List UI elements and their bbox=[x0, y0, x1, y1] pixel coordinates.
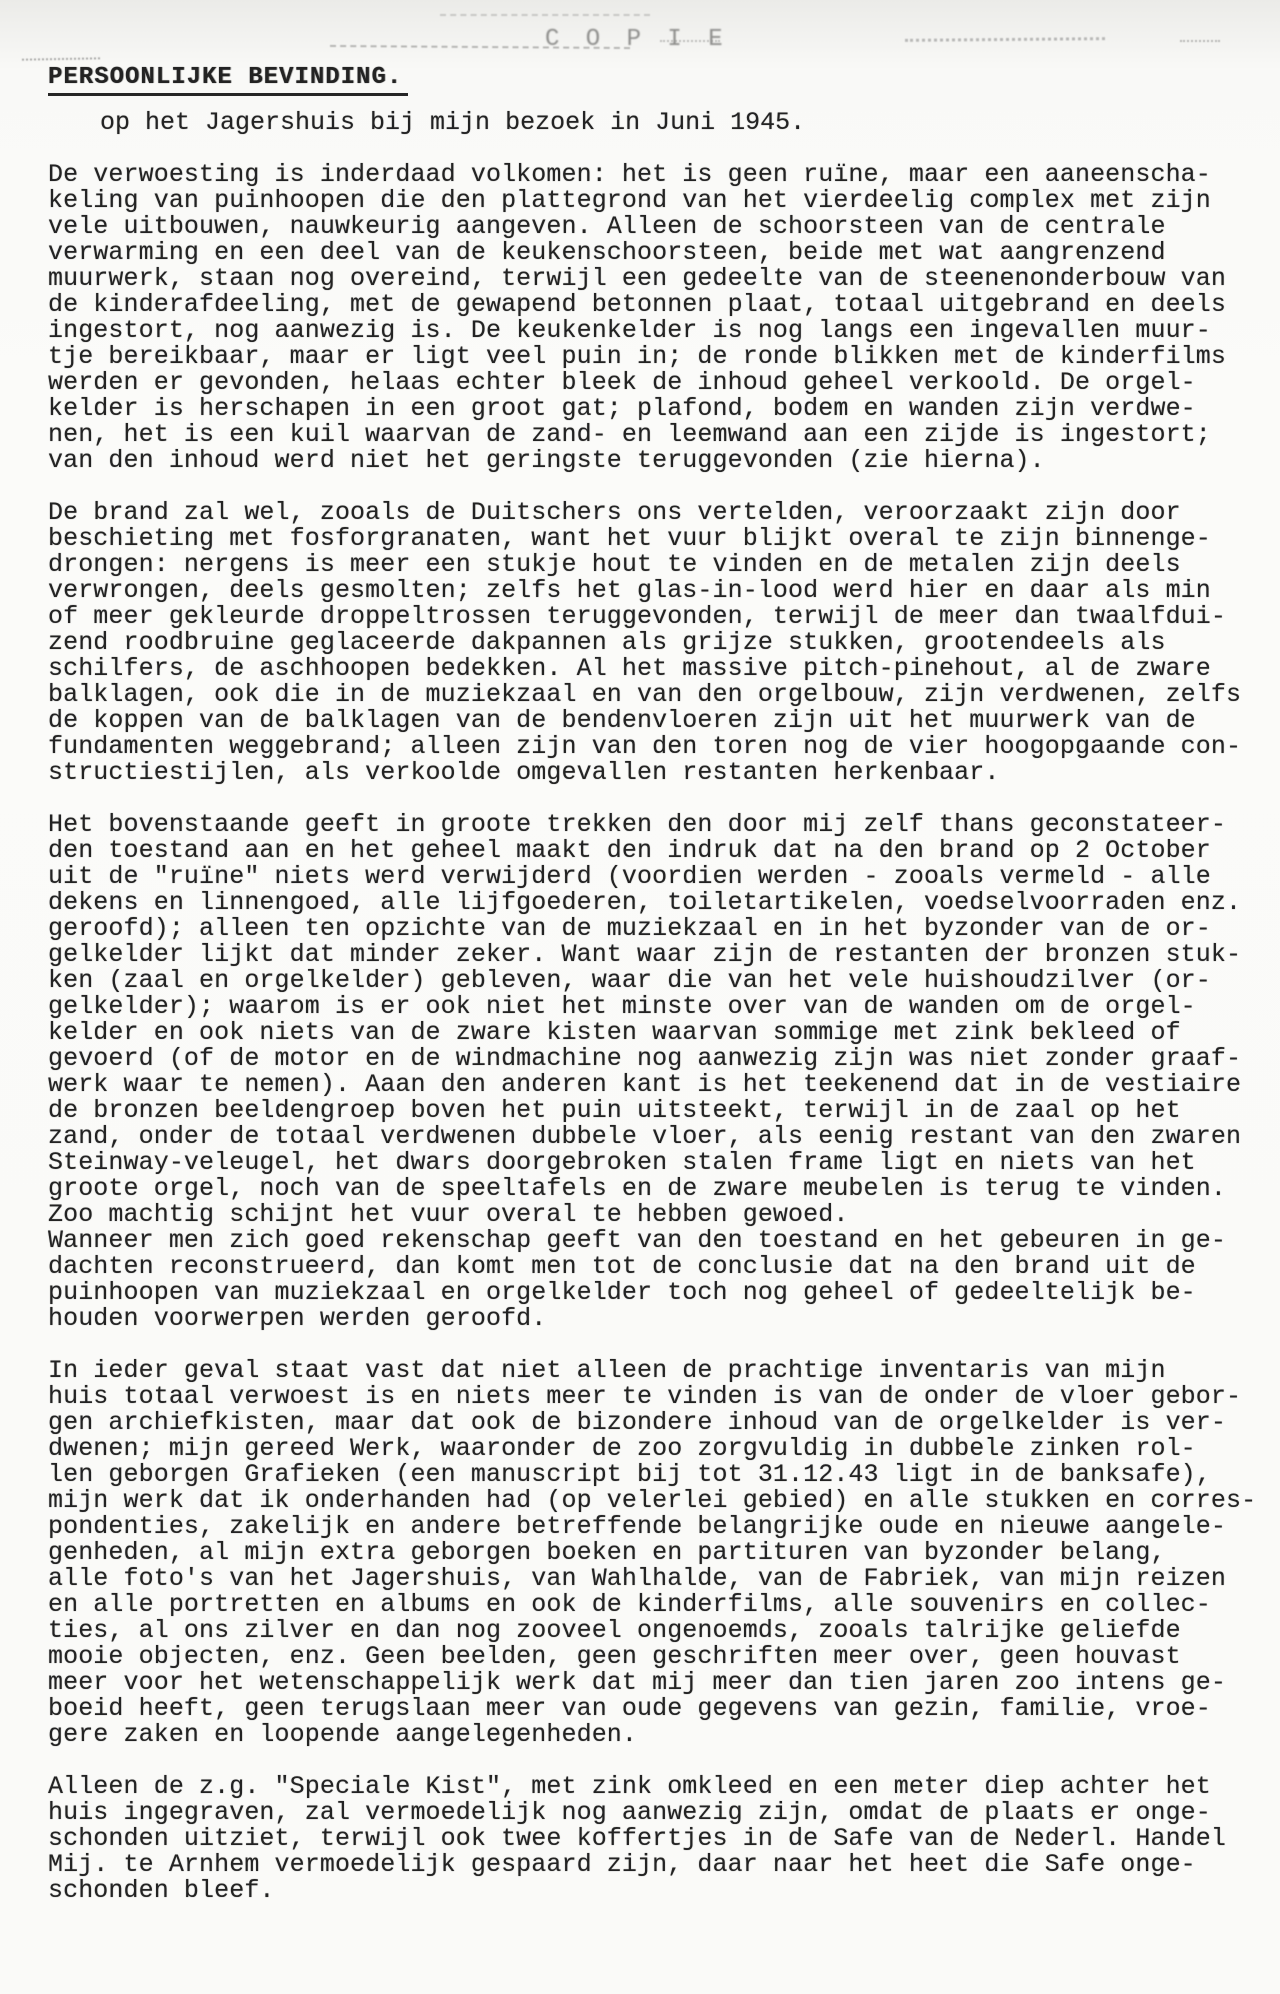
paragraph: Alleen de z.g. "Speciale Kist", met zink… bbox=[48, 1774, 1263, 1904]
copy-stamp: C O P I E bbox=[545, 26, 729, 53]
paragraph: De verwoesting is inderdaad volkomen: he… bbox=[48, 162, 1263, 474]
paragraph: In ieder geval staat vast dat niet allee… bbox=[48, 1358, 1263, 1748]
document-title: PERSOONLIJKE BEVINDING. bbox=[48, 64, 408, 96]
document-subtitle: op het Jagershuis bij mijn bezoek in Jun… bbox=[100, 110, 1263, 136]
paragraph: Het bovenstaande geeft in groote trekken… bbox=[48, 812, 1263, 1332]
scan-noise-mark bbox=[1180, 40, 1220, 42]
document-body: PERSOONLIJKE BEVINDING. op het Jagershui… bbox=[48, 64, 1263, 1904]
scan-noise-mark bbox=[905, 37, 1105, 42]
scan-noise-mark bbox=[440, 14, 650, 16]
paragraph: De brand zal wel, zooals de Duitschers o… bbox=[48, 500, 1263, 786]
scanned-document-page: C O P I E PERSOONLIJKE BEVINDING. op het… bbox=[0, 0, 1280, 1994]
scan-noise-mark bbox=[22, 57, 100, 60]
